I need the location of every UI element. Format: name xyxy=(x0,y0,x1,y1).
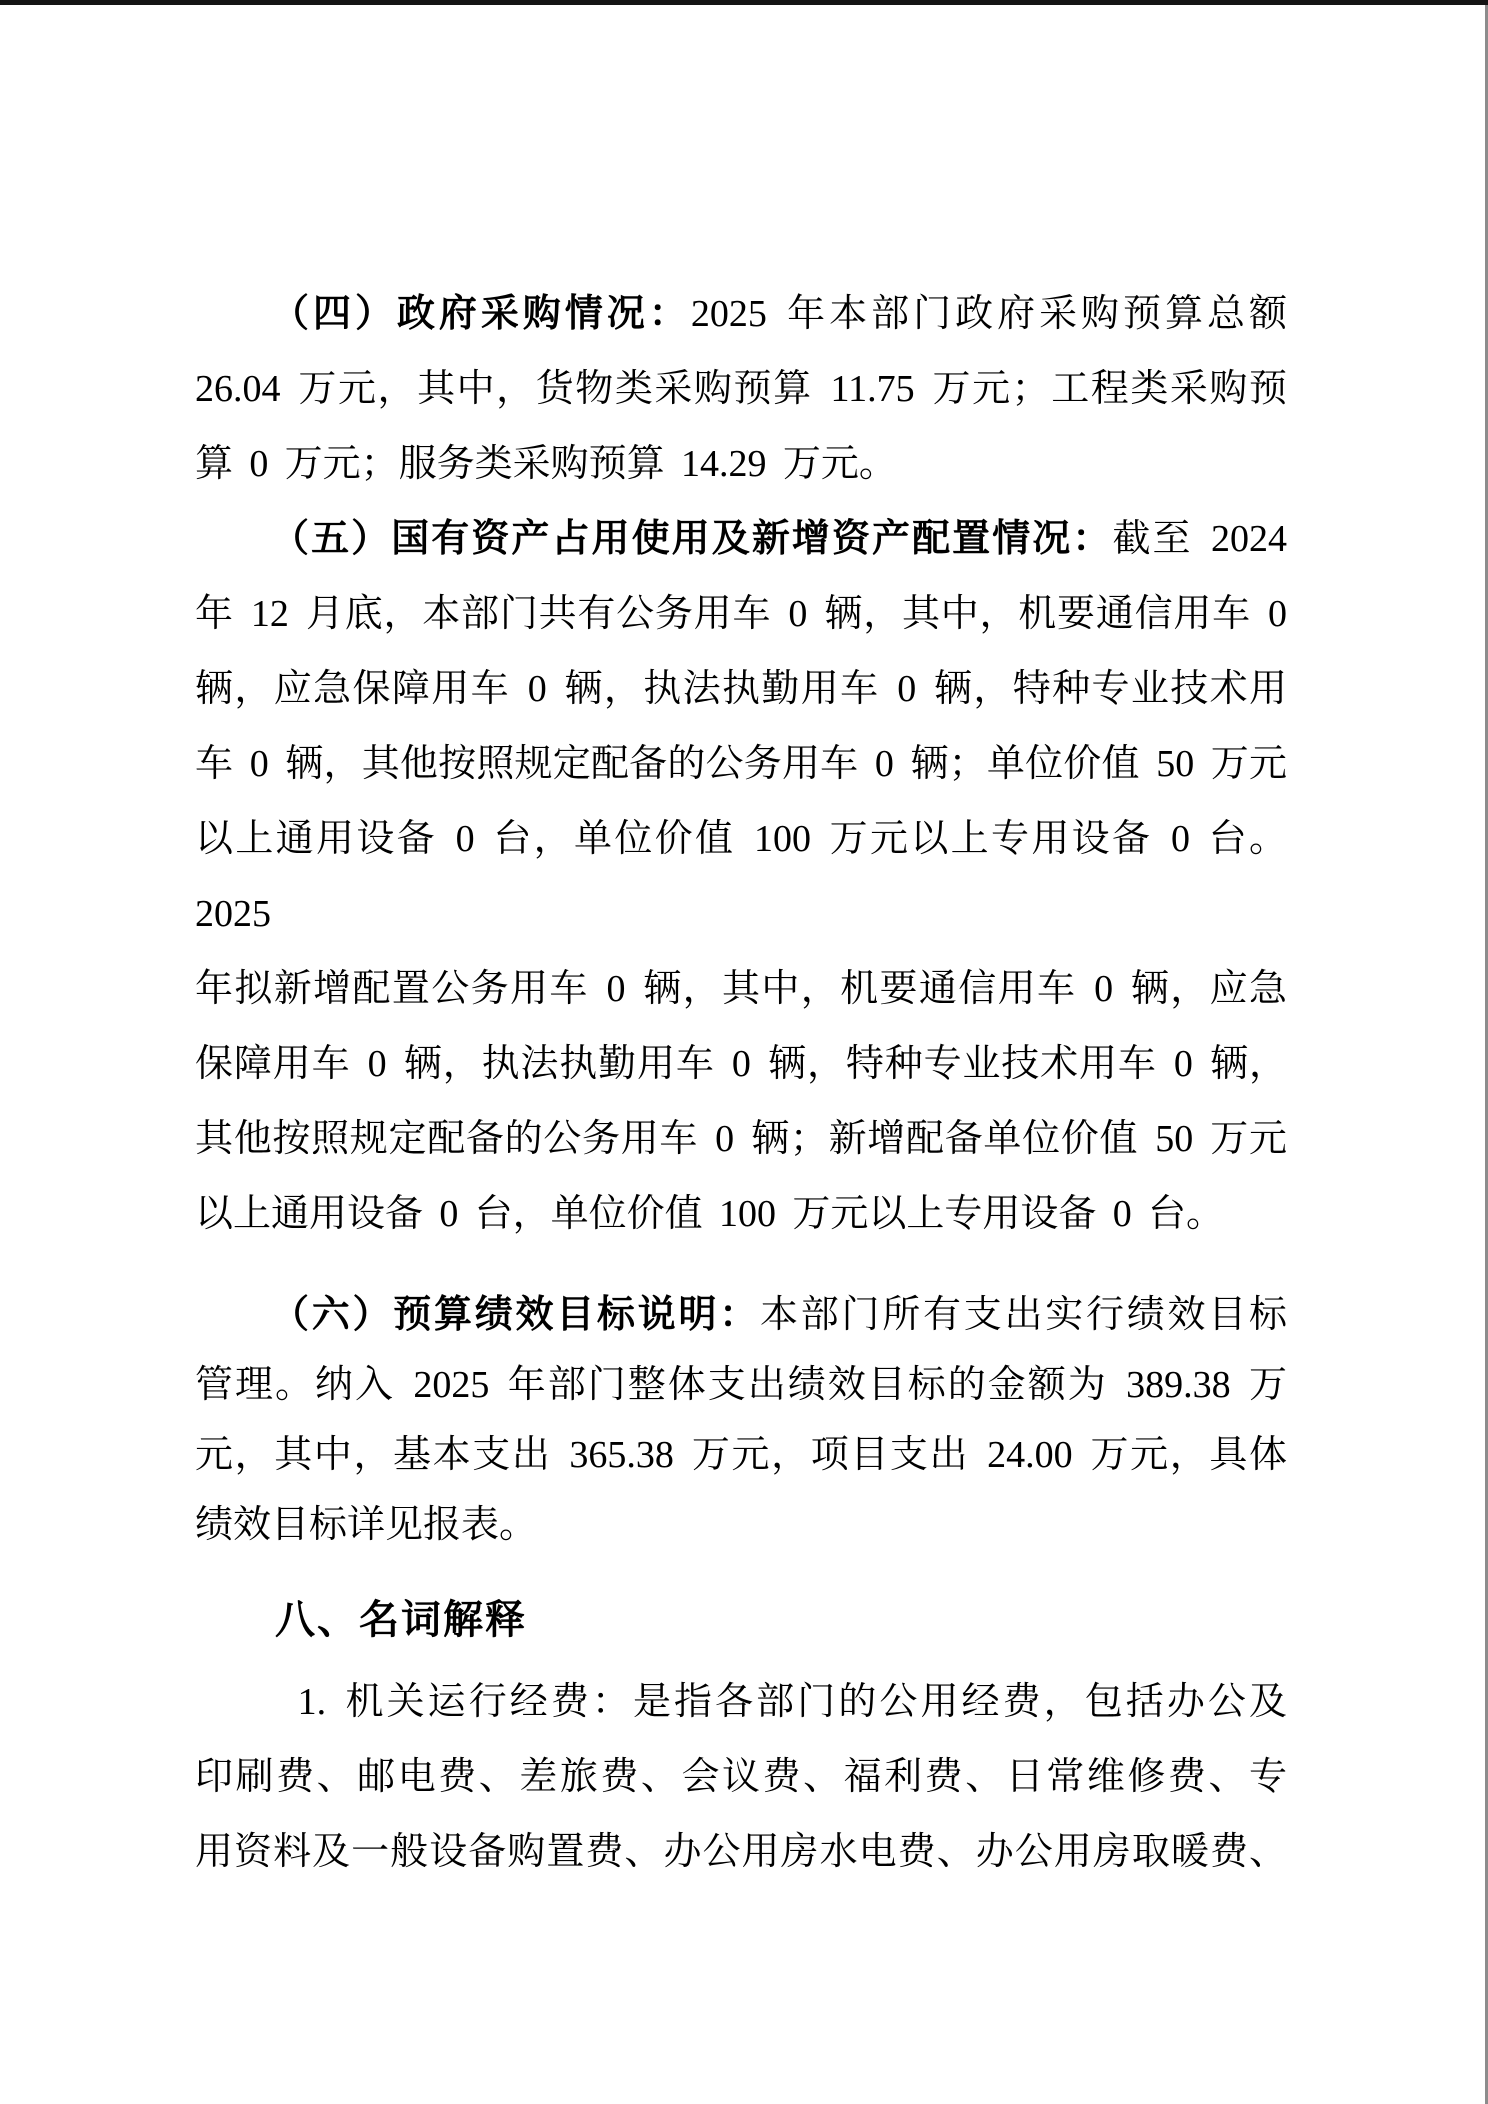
text-segment: 以上通用设备 0 台，单位价值 100 万元以上专用设备 0 台。 xyxy=(195,1193,1224,1235)
text-segment: 本部门所有支出实行绩效目标 xyxy=(760,1294,1287,1336)
text-line: 印刷费、邮电费、差旅费、会议费、福利费、日常维修费、专 xyxy=(195,1740,1287,1815)
text-line: （四）政府采购情况：2025 年本部门政府采购预算总额 xyxy=(195,277,1287,352)
text-segment: 保障用车 0 辆，执法执勤用车 0 辆，特种专业技术用车 0 辆， xyxy=(195,1043,1287,1085)
text-line: 1. 机关运行经费：是指各部门的公用经费，包括办公及 xyxy=(195,1665,1287,1740)
text-segment: 2025 年本部门政府采购预算总额 xyxy=(691,293,1287,335)
paragraph-4-government-procurement: （四）政府采购情况：2025 年本部门政府采购预算总额26.04 万元，其中，货… xyxy=(195,277,1287,502)
text-line: 以上通用设备 0 台，单位价值 100 万元以上专用设备 0 台。 xyxy=(195,1177,1287,1252)
text-segment: 用资料及一般设备购置费、办公用房水电费、办公用房取暖费、 xyxy=(195,1831,1287,1873)
paragraph-lead-label: （五）国有资产占用使用及新增资产配置情况： xyxy=(271,518,1112,560)
text-segment: 算 0 万元；服务类采购预算 14.29 万元。 xyxy=(195,443,897,485)
text-segment: 26.04 万元，其中，货物类采购预算 11.75 万元；工程类采购预 xyxy=(195,368,1287,410)
text-line: 管理。纳入 2025 年部门整体支出绩效目标的金额为 389.38 万 xyxy=(195,1350,1287,1420)
text-line: 保障用车 0 辆，执法执勤用车 0 辆，特种专业技术用车 0 辆， xyxy=(195,1027,1287,1102)
text-line: 年拟新增配置公务用车 0 辆，其中，机要通信用车 0 辆，应急 xyxy=(195,952,1287,1027)
text-segment: 年拟新增配置公务用车 0 辆，其中，机要通信用车 0 辆，应急 xyxy=(195,968,1287,1010)
paragraph-lead-label: （六）预算绩效目标说明： xyxy=(271,1294,760,1336)
text-segment: 元，其中，基本支出 365.38 万元，项目支出 24.00 万元，具体 xyxy=(195,1434,1287,1476)
text-line: 用资料及一般设备购置费、办公用房水电费、办公用房取暖费、 xyxy=(195,1815,1287,1890)
paragraph-6-budget-performance: （六）预算绩效目标说明：本部门所有支出实行绩效目标管理。纳入 2025 年部门整… xyxy=(195,1280,1287,1560)
text-line: （五）国有资产占用使用及新增资产配置情况：截至 2024 xyxy=(195,502,1287,577)
text-segment: 其他按照规定配备的公务用车 0 辆；新增配备单位价值 50 万元 xyxy=(195,1118,1287,1160)
text-line: 年 12 月底，本部门共有公务用车 0 辆，其中，机要通信用车 0 xyxy=(195,577,1287,652)
paragraph-lead-label: （四）政府采购情况： xyxy=(271,293,691,335)
paragraph-5-state-owned-assets: （五）国有资产占用使用及新增资产配置情况：截至 2024年 12 月底，本部门共… xyxy=(195,502,1287,1252)
text-line: 辆，应急保障用车 0 辆，执法执勤用车 0 辆，特种专业技术用 xyxy=(195,652,1287,727)
text-line: （六）预算绩效目标说明：本部门所有支出实行绩效目标 xyxy=(195,1280,1287,1350)
text-segment: 车 0 辆，其他按照规定配备的公务用车 0 辆；单位价值 50 万元 xyxy=(195,743,1287,785)
text-segment: 以上通用设备 0 台，单位价值 100 万元以上专用设备 0 台。2025 xyxy=(195,818,1287,935)
section-heading-glossary: 八、名词解释 xyxy=(195,1585,1287,1655)
term-1-agency-operating-expenses: 1. 机关运行经费：是指各部门的公用经费，包括办公及印刷费、邮电费、差旅费、会议… xyxy=(195,1665,1287,1890)
text-line: 以上通用设备 0 台，单位价值 100 万元以上专用设备 0 台。2025 xyxy=(195,802,1287,952)
text-segment: 管理。纳入 2025 年部门整体支出绩效目标的金额为 389.38 万 xyxy=(195,1364,1287,1406)
document-content: （四）政府采购情况：2025 年本部门政府采购预算总额26.04 万元，其中，货… xyxy=(195,277,1287,1890)
text-segment: 年 12 月底，本部门共有公务用车 0 辆，其中，机要通信用车 0 xyxy=(195,593,1287,635)
text-segment: 1. 机关运行经费：是指各部门的公用经费，包括办公及 xyxy=(298,1681,1287,1723)
text-segment: 绩效目标详见报表。 xyxy=(195,1504,537,1546)
text-line: 元，其中，基本支出 365.38 万元，项目支出 24.00 万元，具体 xyxy=(195,1420,1287,1490)
window-top-edge xyxy=(0,0,1488,5)
text-line: 车 0 辆，其他按照规定配备的公务用车 0 辆；单位价值 50 万元 xyxy=(195,727,1287,802)
text-segment: 辆，应急保障用车 0 辆，执法执勤用车 0 辆，特种专业技术用 xyxy=(195,668,1287,710)
text-line: 其他按照规定配备的公务用车 0 辆；新增配备单位价值 50 万元 xyxy=(195,1102,1287,1177)
text-segment: 截至 2024 xyxy=(1112,518,1287,560)
text-line: 26.04 万元，其中，货物类采购预算 11.75 万元；工程类采购预 xyxy=(195,352,1287,427)
text-segment: 印刷费、邮电费、差旅费、会议费、福利费、日常维修费、专 xyxy=(195,1756,1287,1798)
text-line: 算 0 万元；服务类采购预算 14.29 万元。 xyxy=(195,427,1287,502)
text-line: 绩效目标详见报表。 xyxy=(195,1490,1287,1560)
